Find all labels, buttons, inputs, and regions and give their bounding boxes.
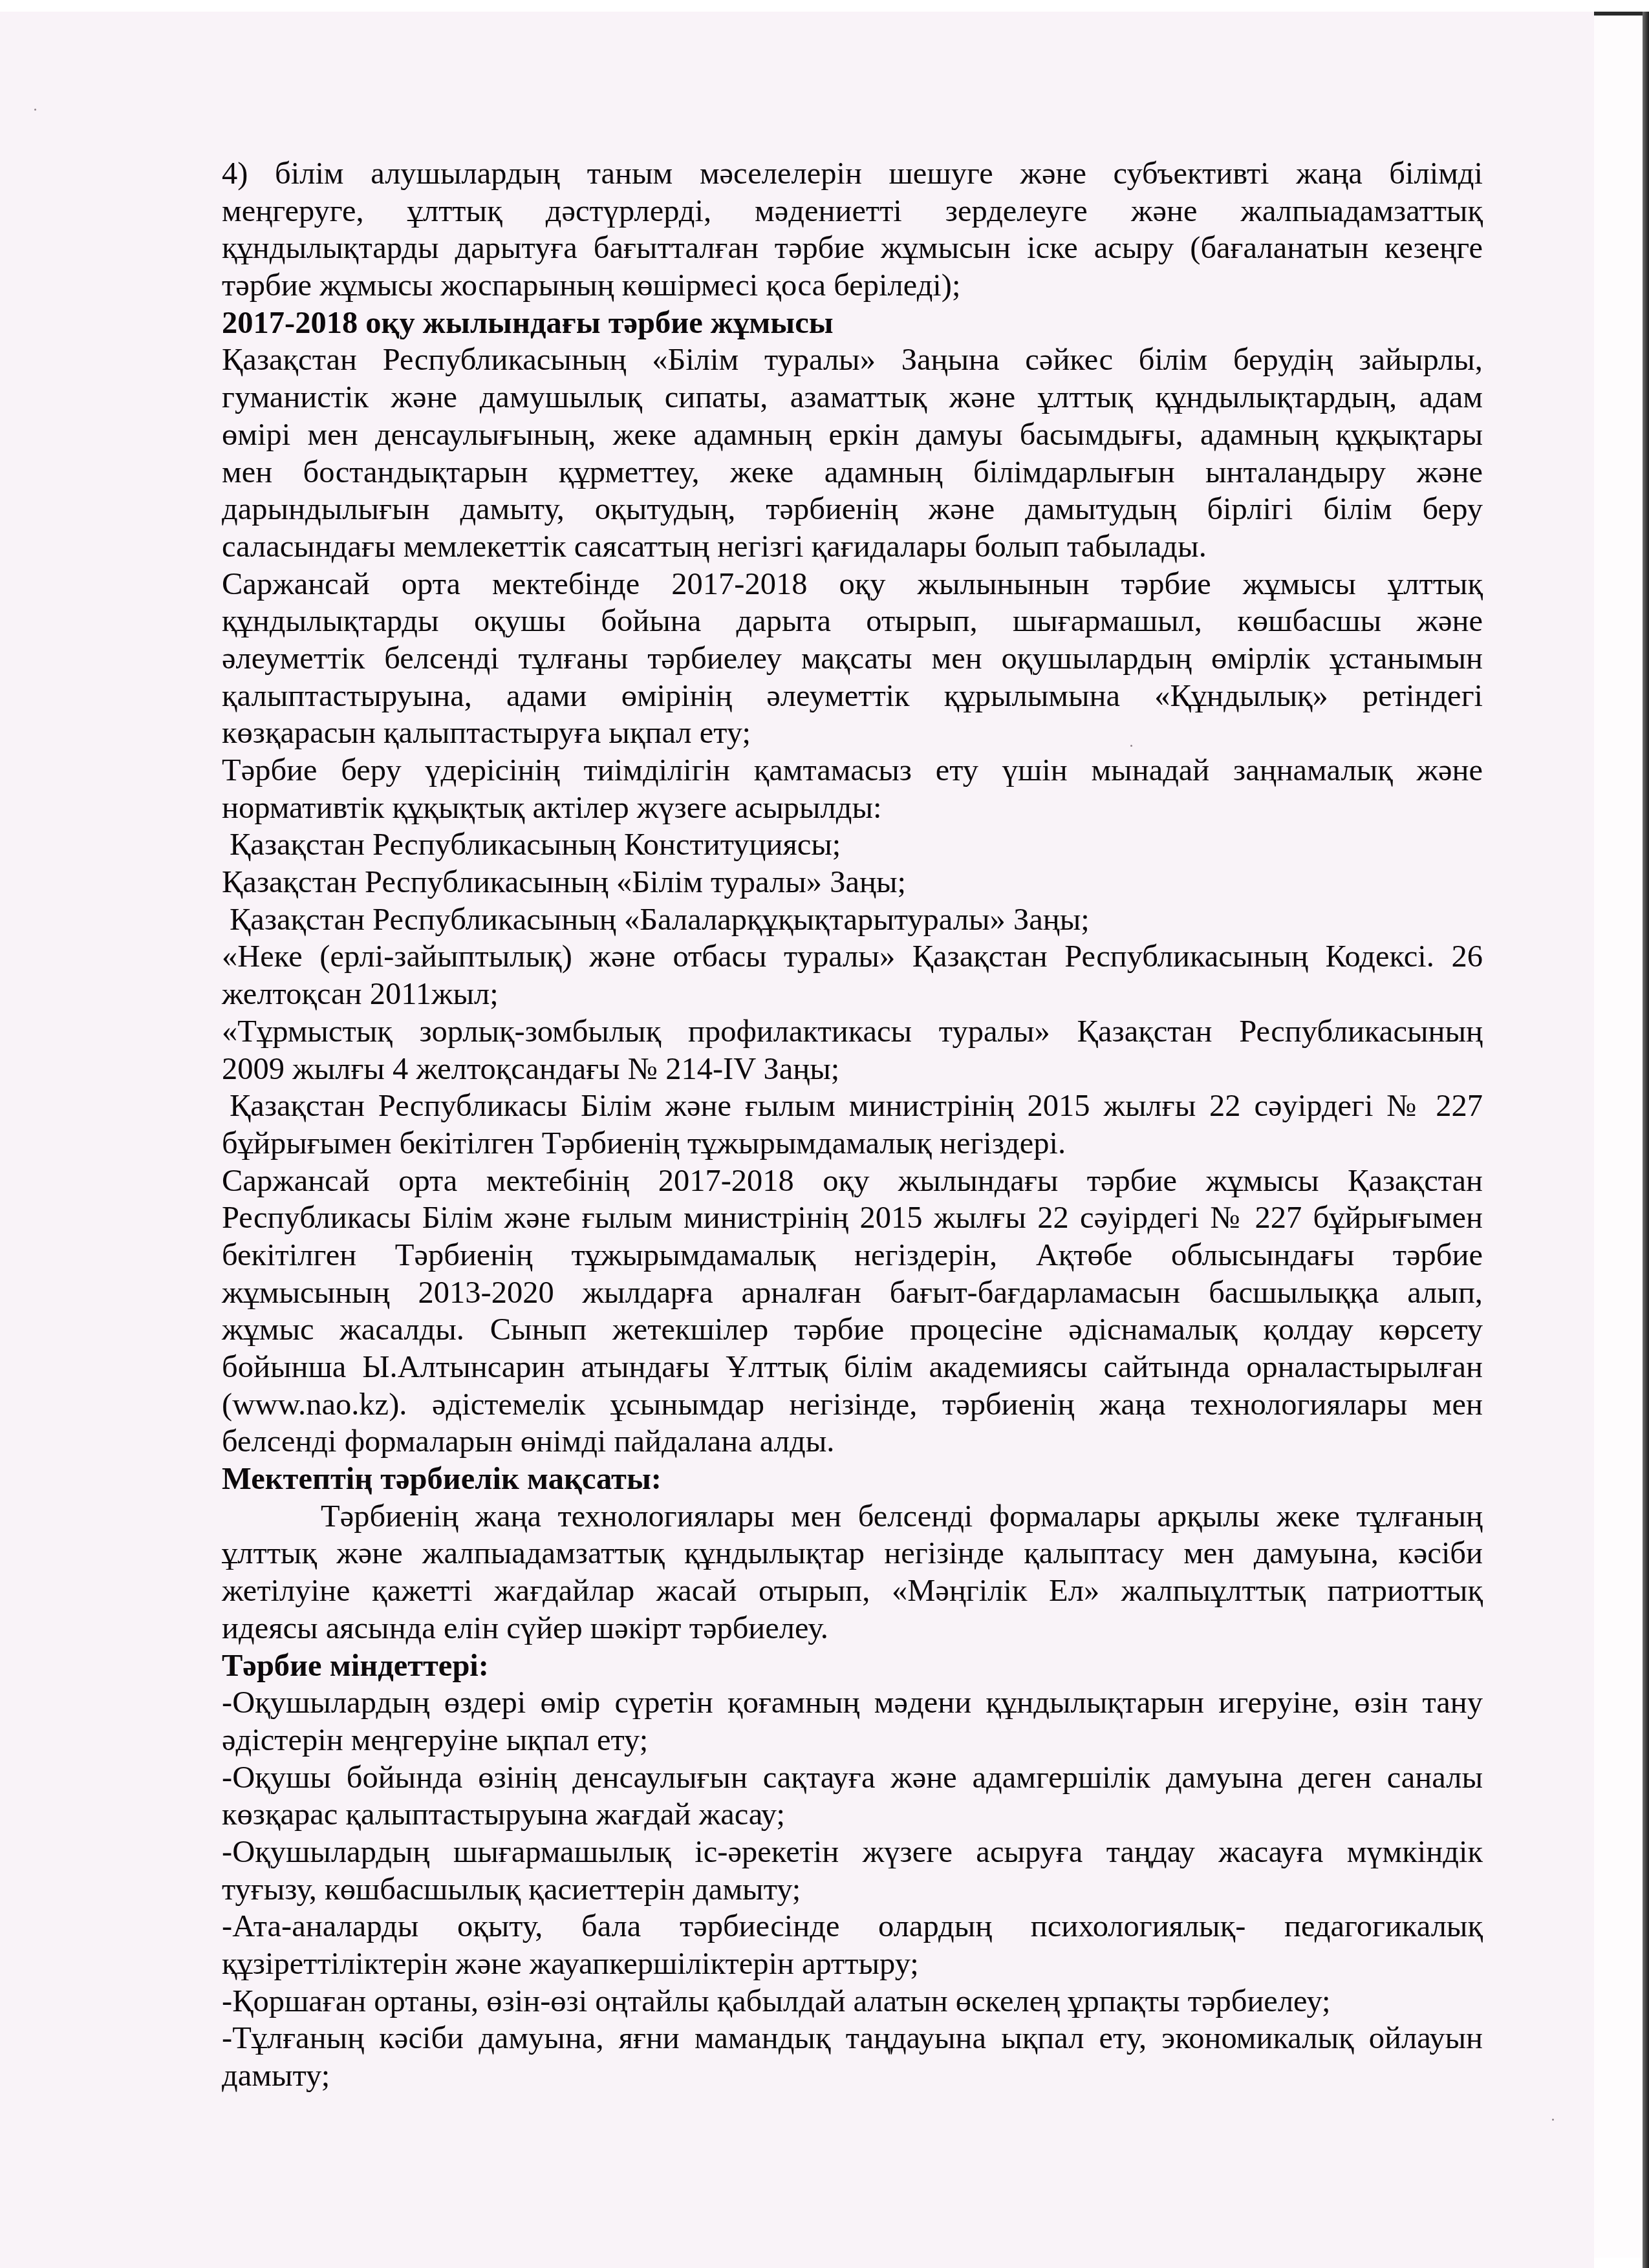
section-heading: Тәрбие міндеттері: <box>222 1647 1483 1685</box>
text-line: мен бостандықтарын құрметтеу, жеке адамн… <box>222 454 1483 491</box>
text-line: құндылықтарды дарытуға бағытталған тәрби… <box>222 230 1483 267</box>
text-line: жұмыс жасалды. Сынып жетекшілер тәрбие п… <box>222 1311 1483 1349</box>
scanner-edge <box>1643 12 1649 2268</box>
text-line: 4) білім алушылардың таным мәселелерін ш… <box>222 155 1483 193</box>
text-line: құндылықтарды оқушы бойына дарыта отырып… <box>222 603 1483 640</box>
text-line: дарындылығын дамыту, оқытудың, тәрбиенің… <box>222 491 1483 528</box>
legal-act-item: 2009 жылғы 4 желтоқсандағы № 214-IV Заңы… <box>222 1051 1483 1088</box>
text-line: қалыптастыруына, адами өмірінің әлеуметт… <box>222 678 1483 715</box>
scanner-edge-top <box>1594 12 1649 16</box>
scan-top-margin <box>0 0 1649 12</box>
page-right-strip <box>1594 14 1643 2258</box>
task-item: -Қоршаған ортаны, өзін-өзі оңтайлы қабыл… <box>222 1983 1483 2020</box>
task-item: -Тұлғаның кәсіби дамуына, яғни мамандық … <box>222 2020 1483 2057</box>
text-line: Саржансай орта мектебінің 2017-2018 оқу … <box>222 1162 1483 1200</box>
legal-act-item: бұйрығымен бекітілген Тәрбиенің тұжырымд… <box>222 1125 1483 1162</box>
text-line: тәрбие жұмысы жоспарының көшірмесі қоса … <box>222 267 1483 305</box>
task-item: құзіреттіліктерін және жауапкершіліктері… <box>222 1945 1483 1983</box>
section-heading: 2017-2018 оқу жылындағы тәрбие жұмысы <box>222 305 1483 342</box>
legal-act-item: Қазақстан Республикасының «Балаларқұқықт… <box>222 901 1483 939</box>
text-line: гуманистік және дамушылық сипаты, азамат… <box>222 379 1483 416</box>
legal-act-item: «Неке (ерлі-зайыптылық) және отбасы тура… <box>222 938 1483 976</box>
document-body: 4) білім алушылардың таным мәселелерін ш… <box>222 155 1483 2095</box>
text-line: саласындағы мемлекеттік саясаттың негізг… <box>222 528 1483 566</box>
scan-speck <box>1552 2119 1554 2121</box>
text-line: (www.nao.kz). әдістемелік ұсынымдар негі… <box>222 1386 1483 1424</box>
text-line: әлеуметтік белсенді тұлғаны тәрбиелеу ма… <box>222 640 1483 678</box>
text-line: Қазақстан Республикасының «Білім туралы»… <box>222 341 1483 379</box>
text-line: нормативтік құқықтық актілер жүзеге асыр… <box>222 789 1483 827</box>
text-line: меңгеруге, ұлттық дәстүрлерді, мәдениетт… <box>222 193 1483 230</box>
text-line: жетілуіне қажетті жағдайлар жасай отырып… <box>222 1572 1483 1610</box>
text-line: Республикасы Білім және ғылым министріні… <box>222 1199 1483 1237</box>
text-line: Тәрбие беру үдерісінің тиімділігін қамта… <box>222 752 1483 789</box>
text-line: өмірі мен денсаулығының, жеке адамның ер… <box>222 416 1483 454</box>
task-item: дамыту; <box>222 2057 1483 2095</box>
task-item: әдістерін меңгеруіне ықпал ету; <box>222 1722 1483 1759</box>
legal-act-item: Қазақстан Республикасы Білім және ғылым … <box>222 1087 1483 1125</box>
task-item: -Оқушылардың өздері өмір сүретін қоғамны… <box>222 1684 1483 1722</box>
legal-act-item: Қазақстан Республикасының «Білім туралы»… <box>222 864 1483 901</box>
legal-act-item: Қазақстан Республикасының Конституциясы; <box>222 826 1483 864</box>
task-item: -Оқушы бойында өзінің денсаулығын сақтау… <box>222 1759 1483 1797</box>
text-line: бекітілген Тәрбиенің тұжырымдамалық негі… <box>222 1237 1483 1274</box>
text-line: жұмысының 2013-2020 жылдарға арналған ба… <box>222 1274 1483 1312</box>
task-item: -Ата-аналарды оқыту, бала тәрбиесінде ол… <box>222 1908 1483 1945</box>
text-line: көзқарасын қалыптастыруға ықпал ету; <box>222 714 1483 752</box>
task-item: көзқарас қалыптастыруына жағдай жасау; <box>222 1796 1483 1834</box>
text-line: Саржансай орта мектебінде 2017-2018 оқу … <box>222 566 1483 603</box>
text-line: белсенді формаларын өнімді пайдалана алд… <box>222 1423 1483 1460</box>
task-item: туғызу, көшбасшылық қасиеттерін дамыту; <box>222 1871 1483 1909</box>
legal-act-item: желтоқсан 2011жыл; <box>222 976 1483 1013</box>
scan-speck <box>34 109 36 111</box>
text-line: ұлттық және жалпыадамзаттық құндылықтар … <box>222 1535 1483 1572</box>
legal-act-item: «Тұрмыстық зорлық-зомбылық профилактикас… <box>222 1013 1483 1051</box>
section-heading: Мектептің тәрбиелік мақсаты: <box>222 1460 1483 1498</box>
text-line: бойынша Ы.Алтынсарин атындағы Ұлттық біл… <box>222 1349 1483 1386</box>
text-line: Тәрбиенің жаңа технологиялары мен белсен… <box>222 1498 1483 1535</box>
task-item: -Оқушылардың шығармашылық іс-әрекетін жү… <box>222 1834 1483 1871</box>
text-line: идеясы аясында елін сүйер шәкірт тәрбиел… <box>222 1610 1483 1647</box>
